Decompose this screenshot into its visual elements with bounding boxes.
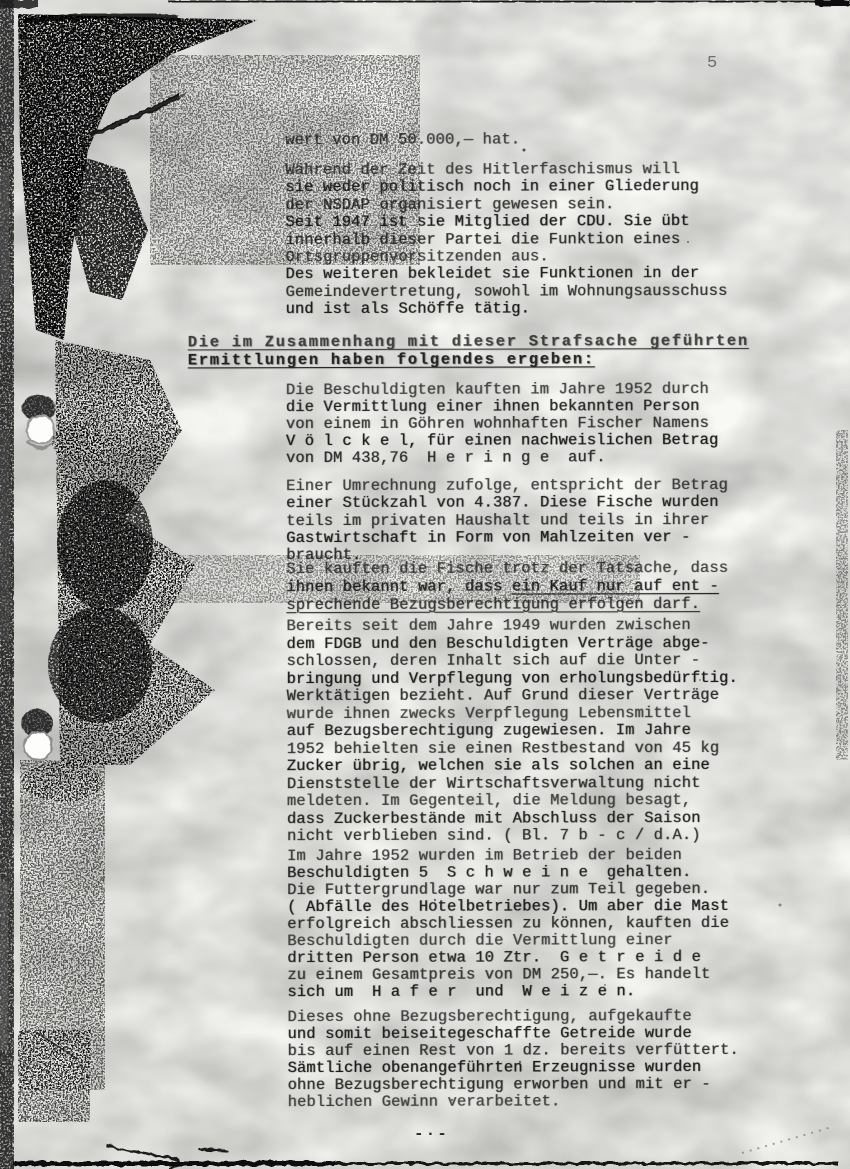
end-of-page-mark: -·-	[414, 1125, 449, 1143]
text-line: Ermittlungen haben folgendes ergeben:	[188, 351, 749, 370]
text-run: ihnen bekannt war, dass	[286, 577, 512, 596]
document-text: wert von DM 50.000,— hat.Während der Zei…	[0, 0, 850, 1169]
text-line: ohne Bezugsberechtigung erworben und mit…	[288, 1076, 739, 1094]
text-line: meldeten. Im Gegenteil, die Meldung besa…	[287, 792, 738, 811]
text-line: wert von DM 50.000,— hat.	[285, 131, 520, 150]
pig-fattening-grain: Im Jahre 1952 wurden im Betrieb der beid…	[287, 847, 729, 1001]
text-line: Gastwirtschaft in Form von Mahlzeiten ve…	[286, 529, 728, 547]
fdgb-contracts-sugar: Bereits seit dem Jahre 1949 wurden zwisc…	[286, 617, 738, 846]
herring-purchase: Die Beschuldigten kauften im Jahre 1952 …	[286, 381, 719, 467]
underlined-text: sprechende Bezugsberechtigung erfolgen d…	[286, 595, 700, 614]
text-line: Die im Zusammenhang mit dieser Strafsach…	[188, 333, 749, 352]
text-line: V ö l c k e l, für einen nachweislichen …	[286, 432, 719, 450]
text-line: sprechende Bezugsberechtigung erfolgen d…	[286, 596, 728, 615]
text-line: einer Stückzahl von 4.387. Diese Fische …	[286, 494, 728, 512]
text-line: von DM 438,76 H e r i n g e auf.	[286, 449, 719, 467]
scanned-document-page: 5 wert von DM 50.000,— hat.Während der Z…	[0, 0, 850, 1169]
text-line: und ist als Schöffe tätig.	[286, 300, 728, 319]
carryover-line: wert von DM 50.000,— hat.	[285, 131, 520, 150]
herring-quantity: Einer Umrechnung zufolge, entspricht der…	[286, 477, 728, 565]
grain-disposal-conclusion: Dieses ohne Bezugsberechtigung, aufgekau…	[287, 1008, 739, 1111]
text-line: sich um H a f e r und W e i z e n.	[287, 983, 729, 1001]
text-line: Werktätigen bezieht. Auf Grund dieser Ve…	[287, 687, 738, 706]
text-line: heblichen Gewinn verarbeitet.	[288, 1093, 739, 1111]
underlined-text: ein Kauf nur auf ent -	[512, 577, 719, 596]
investigation-heading: Die im Zusammenhang mit dieser Strafsach…	[188, 333, 749, 370]
text-line: nicht verblieben sind. ( Bl. 7 b - c / d…	[287, 827, 738, 846]
text-line: Gemeindevertretung, sowohl im Wohnungsau…	[286, 283, 728, 302]
text-line: auf Bezugsberechtigung zugewiesen. Im Ja…	[287, 722, 738, 741]
political-background: Während der Zeit des Hitlerfaschismus wi…	[285, 161, 727, 319]
text-line: schlossen, deren Inhalt sich auf die Unt…	[286, 652, 737, 671]
text-line: Bereits seit dem Jahre 1949 wurden zwisc…	[286, 617, 737, 636]
text-line: sie weder politisch noch in einer Gliede…	[285, 178, 727, 197]
text-line: Seit 1947 ist sie Mitglied der CDU. Sie …	[285, 213, 727, 232]
knowledge-of-illegality: Sie kauften die Fische trotz der Tatsach…	[286, 560, 728, 615]
text-line: Zucker übrig, welchen sie als solchen an…	[287, 757, 738, 776]
text-line: innerhalb dieser Partei die Funktion ein…	[285, 231, 727, 250]
text-line: zu einem Gesamtpreis von DM 250,—. Es ha…	[287, 966, 729, 984]
